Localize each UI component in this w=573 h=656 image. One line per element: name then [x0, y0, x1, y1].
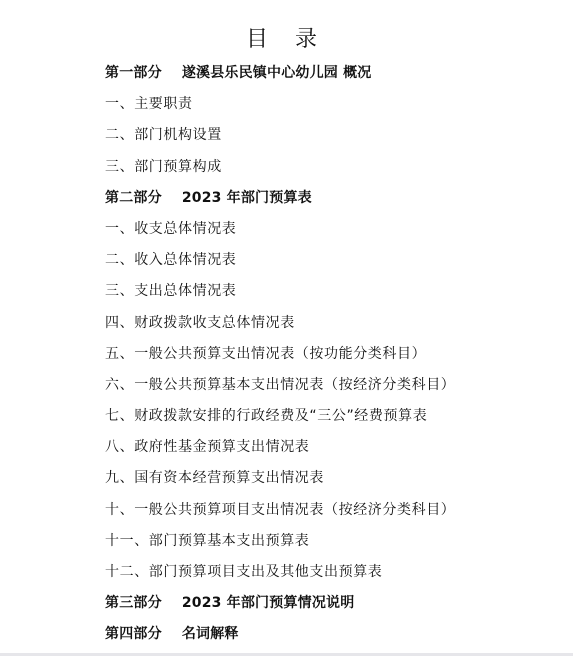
part-title: 名词解释 — [182, 626, 239, 642]
part-title: 2023 年部门预算情况说明 — [182, 595, 355, 611]
part-label: 第一部分 — [105, 65, 162, 81]
toc-item[interactable]: 十、一般公共预算项目支出情况表（按经济分类科目） — [105, 495, 565, 526]
toc-item[interactable]: 二、收入总体情况表 — [105, 245, 565, 276]
part-title: 2023 年部门预算表 — [182, 190, 312, 206]
toc-item[interactable]: 十一、部门预算基本支出预算表 — [105, 526, 565, 557]
toc-item[interactable]: 五、一般公共预算支出情况表（按功能分类科目） — [105, 339, 565, 370]
toc-item[interactable]: 三、部门预算构成 — [105, 152, 565, 183]
toc-item[interactable]: 八、政府性基金预算支出情况表 — [105, 432, 565, 463]
toc-item[interactable]: 四、财政拨款收支总体情况表 — [105, 308, 565, 339]
toc-title: 目 录 — [0, 22, 573, 53]
part-title: 遂溪县乐民镇中心幼儿园 概况 — [182, 65, 372, 81]
part-label: 第四部分 — [105, 626, 162, 642]
toc-part-1[interactable]: 第一部分遂溪县乐民镇中心幼儿园 概况 — [105, 58, 565, 89]
part-label: 第二部分 — [105, 190, 162, 206]
toc-item[interactable]: 二、部门机构设置 — [105, 120, 565, 151]
toc-item[interactable]: 一、收支总体情况表 — [105, 214, 565, 245]
toc-item[interactable]: 一、主要职责 — [105, 89, 565, 120]
toc-part-2[interactable]: 第二部分2023 年部门预算表 — [105, 183, 565, 214]
toc-part-3[interactable]: 第三部分2023 年部门预算情况说明 — [105, 588, 565, 619]
toc-item[interactable]: 九、国有资本经营预算支出情况表 — [105, 463, 565, 494]
toc-item[interactable]: 十二、部门预算项目支出及其他支出预算表 — [105, 557, 565, 588]
toc-item[interactable]: 六、一般公共预算基本支出情况表（按经济分类科目） — [105, 370, 565, 401]
part-label: 第三部分 — [105, 595, 162, 611]
toc-item[interactable]: 三、支出总体情况表 — [105, 276, 565, 307]
toc-item[interactable]: 七、财政拨款安排的行政经费及“三公”经费预算表 — [105, 401, 565, 432]
table-of-contents: 第一部分遂溪县乐民镇中心幼儿园 概况 一、主要职责 二、部门机构设置 三、部门预… — [105, 58, 565, 651]
toc-part-4[interactable]: 第四部分名词解释 — [105, 619, 565, 650]
